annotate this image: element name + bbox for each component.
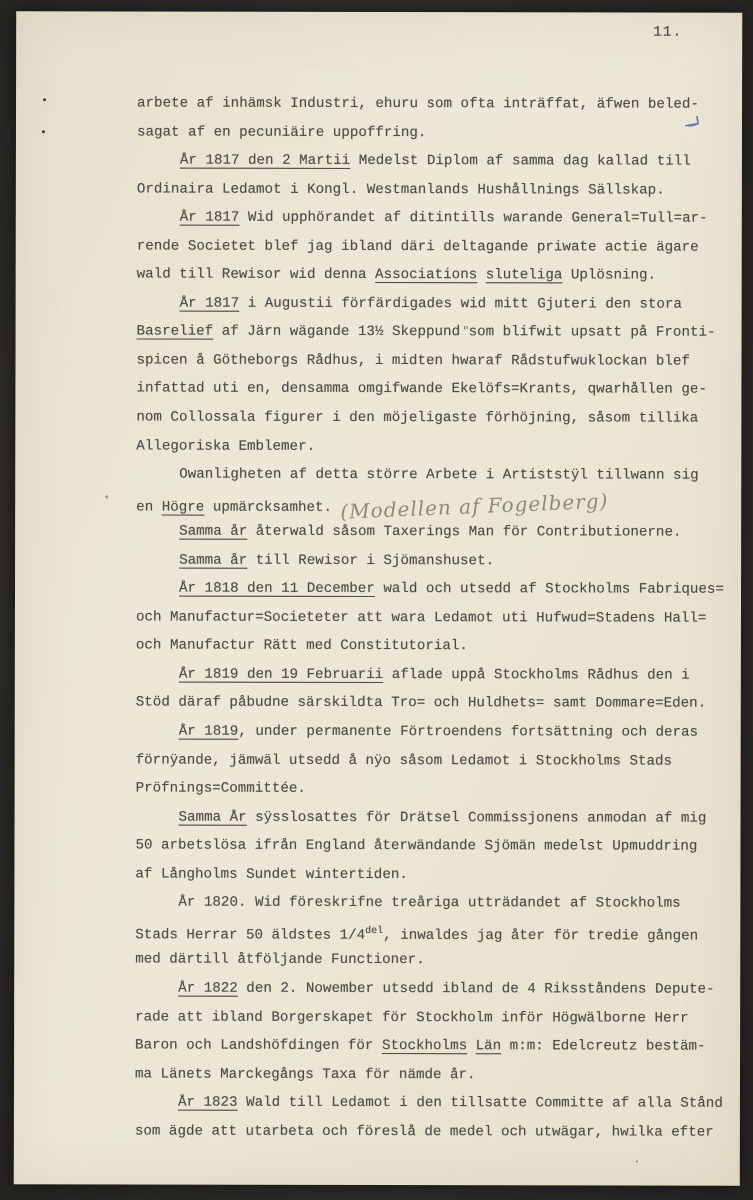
text-line: År 1823 Wald till Ledamot i den tillsatt… — [135, 1089, 720, 1119]
text-segment: sluteliga — [486, 268, 563, 284]
text-segment: Associations — [375, 267, 477, 283]
text-segment: År 1819 den 19 Februarii — [179, 667, 383, 683]
text-segment: och Manufactur=Societeter att wara Ledam… — [136, 609, 706, 626]
text-segment: Stöd däraf påbudne särskildta Tro= och H… — [136, 695, 706, 712]
text-segment: Basrelief — [137, 324, 214, 340]
text-segment: och Manufactur Rätt med Constitutorial. — [136, 638, 468, 655]
text-segment: återwald såsom Taxerings Man för Contrib… — [247, 524, 681, 541]
text-segment: arbete af inhämsk Industri, ehuru som of… — [137, 95, 699, 112]
text-line: Samma år till Rewisor i Sjömanshuset. — [136, 546, 721, 576]
text-line: Stads Herrar 50 äldstes 1/4del, inwaldes… — [135, 917, 720, 947]
text-segment: en — [136, 499, 162, 515]
text-segment: Högre — [162, 499, 205, 515]
text-segment: Stads Herrar 50 äldstes 1/4 — [135, 927, 365, 943]
text-segment — [467, 1038, 476, 1054]
text-segment: År 1818 den 11 December — [179, 581, 375, 597]
text-line: Basrelief af Järn wägande 13½ Skeppund s… — [137, 318, 722, 348]
text-segment: infattad uti en, densamma omgifwande Eke… — [136, 381, 706, 398]
text-line: År 1817 den 2 Martii Medelst Diplom af s… — [137, 147, 722, 177]
text-segment: spicen å Götheborgs Rådhus, i midten hwa… — [136, 352, 689, 369]
text-segment: wald till Rewisor wid denna — [137, 267, 375, 283]
text-segment: upmärcksamhet. — [204, 499, 332, 515]
text-segment: Pröfnings=Committée. — [136, 781, 306, 797]
text-segment: sagat af en pecuniäire uppoffring. — [137, 124, 427, 141]
text-segment: rade att ibland Borgerskapet för Stockho… — [135, 1009, 688, 1026]
blue-ink-mark — [684, 114, 706, 132]
text-segment: Samma år — [179, 552, 247, 568]
text-line: År 1822 den 2. Nowember utsedd ibland de… — [135, 974, 720, 1004]
text-line: År 1817 Wid upphörandet af ditintills wa… — [137, 204, 722, 234]
text-segment: Wald till Ledamot i den tillsatte Commit… — [238, 1095, 723, 1112]
text-segment: År 1817 — [180, 295, 240, 311]
text-segment: 50 arbetslösa ifrån England återwändande… — [135, 838, 697, 855]
document-page: 11. arbete af inhämsk Industri, ehuru so… — [14, 11, 742, 1186]
text-segment: Allegoriska Emblemer. — [136, 438, 315, 454]
text-segment: aflade uppå Stockholms Rådhus den i — [383, 667, 690, 684]
text-line: ma Länets Marckegångs Taxa för nämde år. — [135, 1060, 720, 1090]
paper-speck — [105, 495, 108, 498]
text-line: År 1818 den 11 December wald och utsedd … — [136, 575, 721, 605]
text-segment: År 1819 — [179, 724, 239, 740]
page-number: 11. — [653, 25, 682, 41]
text-segment: Ordinaira Ledamot i Kongl. Westmanlands … — [137, 181, 665, 198]
text-line: rade att ibland Borgerskapet för Stockho… — [135, 1003, 720, 1033]
text-segment: , under permanente Förtroendens fortsätt… — [238, 724, 698, 741]
text-segment: af Långholms Sundet wintertiden. — [135, 866, 407, 883]
text-segment: den 2. Nowember utsedd ibland de 4 Rikss… — [238, 981, 715, 998]
text-segment — [477, 267, 486, 283]
text-segment: till Rewisor i Sjömanshuset. — [247, 552, 494, 569]
text-segment: År 1823 — [178, 1095, 238, 1111]
text-line: spicen å Götheborgs Rådhus, i midten hwa… — [136, 346, 721, 376]
text-segment: Baron och Landshöfdingen för — [135, 1038, 382, 1055]
text-line: Stöd däraf påbudne särskildta Tro= och H… — [136, 689, 721, 719]
text-line: förnÿande, jämwäl utsedd å nÿo såsom Led… — [136, 746, 721, 776]
text-segment: Stockholms — [382, 1038, 467, 1054]
text-segment: som ägde att utarbeta och föreslå de med… — [135, 1123, 714, 1140]
text-segment: med därtill åtföljande Functioner. — [135, 952, 425, 969]
text-line: rende Societet blef jag ibland däri delt… — [137, 232, 722, 262]
text-line: Allegoriska Emblemer. — [136, 432, 721, 462]
text-line: och Manufactur Rätt med Constitutorial. — [136, 632, 721, 662]
text-segment: nom Collossala figurer i den möjeligaste… — [136, 410, 698, 427]
text-segment: sÿsslosattes för Drätsel Commissjonens a… — [247, 809, 707, 826]
text-segment: År 1822 — [178, 981, 238, 997]
text-line: wald till Rewisor wid denna Associations… — [137, 261, 722, 291]
text-segment: Samma År — [179, 809, 247, 825]
text-line: Ordinaira Ledamot i Kongl. Westmanlands … — [137, 175, 722, 205]
paper-speck — [43, 98, 46, 101]
text-segment: Owanligheten af detta större Arbete i Ar… — [179, 467, 698, 484]
text-line: och Manufactur=Societeter att wara Ledam… — [136, 603, 721, 633]
text-segment: , inwaldes jag åter för tredie gången — [383, 928, 698, 945]
text-segment: Medelst Diplom af samma dag kallad till — [350, 153, 691, 170]
text-line: Samma År sÿsslosattes för Drätsel Commis… — [136, 803, 721, 833]
text-segment: Samma år — [179, 524, 247, 540]
text-line: Baron och Landshöfdingen för Stockholms … — [135, 1032, 720, 1062]
text-line: som ägde att utarbeta och föreslå de med… — [135, 1117, 720, 1147]
text-line: sagat af en pecuniäire uppoffring. — [137, 118, 722, 148]
text-segment: År 1820. Wid föreskrifne treåriga utträd… — [178, 895, 680, 912]
text-line: nom Collossala figurer i den möjeligaste… — [136, 404, 721, 434]
text-segment: År 1817 den 2 Martii — [180, 153, 350, 169]
text-segment: ma Länets Marckegångs Taxa för nämde år. — [135, 1066, 476, 1083]
text-line: en Högre upmärcksamhet.(Modellen af Foge… — [136, 489, 721, 519]
text-line: År 1819, under permanente Förtroendens f… — [136, 718, 721, 748]
paper-speck — [42, 130, 45, 133]
text-line: År 1820. Wid föreskrifne treåriga utträd… — [135, 889, 720, 919]
paper-speck — [636, 1161, 638, 1163]
text-segment: År 1817 — [180, 210, 240, 226]
text-line: År 1819 den 19 Februarii aflade uppå Sto… — [136, 660, 721, 690]
text-segment: rende Societet blef jag ibland däri delt… — [137, 238, 699, 255]
document-text: arbete af inhämsk Industri, ehuru som of… — [135, 89, 722, 1146]
text-segment: m:m: Edelcreutz bestäm- — [501, 1038, 705, 1054]
text-line: År 1817 i Augustii förfärdigades wid mit… — [137, 289, 722, 319]
text-segment: del — [365, 926, 383, 937]
text-segment: förnÿande, jämwäl utsedd å nÿo såsom Led… — [136, 752, 672, 769]
text-line: infattad uti en, densamma omgifwande Eke… — [136, 375, 721, 405]
insertion-mark: " — [463, 326, 470, 338]
text-line: Pröfnings=Committée. — [136, 775, 721, 805]
text-line: arbete af inhämsk Industri, ehuru som of… — [137, 89, 722, 119]
text-line: 50 arbetslösa ifrån England återwändande… — [135, 832, 720, 862]
text-line: med därtill åtföljande Functioner. — [135, 946, 720, 976]
text-segment: i Augustii förfärdigades wid mitt Gjuter… — [239, 296, 682, 313]
text-segment: Wid upphörandet af ditintills warande Ge… — [239, 210, 707, 227]
text-segment: Län — [476, 1038, 502, 1054]
text-line: Owanligheten af detta större Arbete i Ar… — [136, 461, 721, 491]
text-line: af Långholms Sundet wintertiden. — [135, 860, 720, 890]
text-segment: wald och utsedd af Stockholms Fabriques= — [375, 581, 724, 598]
text-segment: Uplösning. — [562, 268, 656, 284]
